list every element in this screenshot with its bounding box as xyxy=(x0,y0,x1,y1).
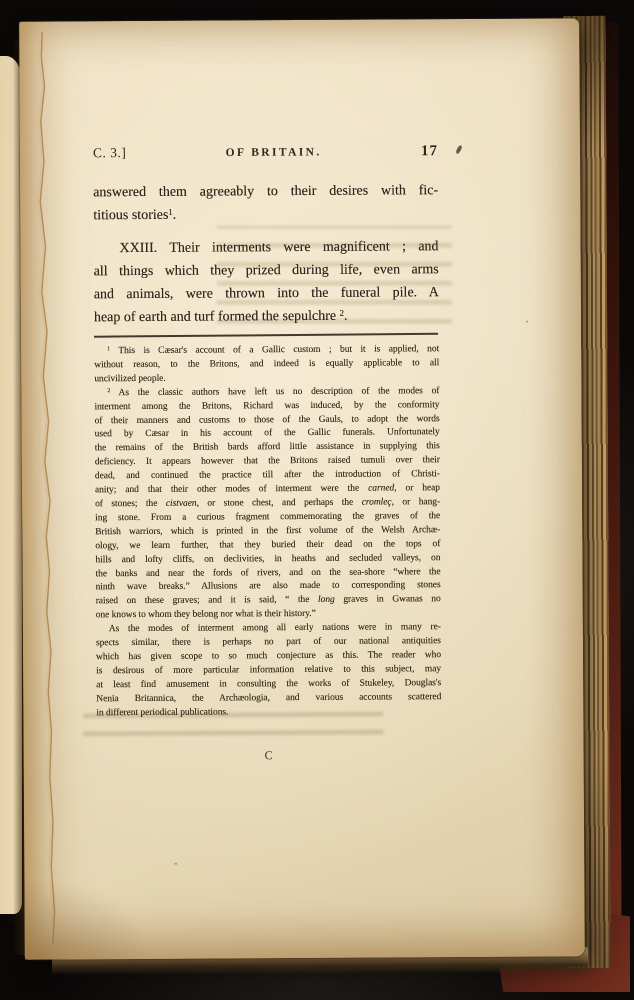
signature-mark: C xyxy=(97,747,442,764)
page: C. 3.] OF BRITAIN. 17 answered them agre… xyxy=(19,18,585,959)
body-paragraph-xxiii: XXIII. Their interments were magnificent… xyxy=(93,235,439,329)
footnote-separator-rule xyxy=(94,333,438,338)
footnote-2: 2 As the classic authors have left us no… xyxy=(94,385,440,624)
footnote-1: 1 This is Cæsar's account of a Gallic cu… xyxy=(94,343,439,387)
footnote-2-continued: As the modes of interment among all earl… xyxy=(96,621,442,720)
footnotes: 1 This is Cæsar's account of a Gallic cu… xyxy=(94,343,441,721)
page-number: 17 xyxy=(421,143,438,160)
body-paragraph-continuation: answered them agreeably to their desires… xyxy=(93,179,438,227)
paper-speck xyxy=(455,145,462,155)
deckle-edge xyxy=(27,31,63,943)
book-photo: C. 3.] OF BRITAIN. 17 answered them agre… xyxy=(0,0,634,1000)
running-title: OF BRITAIN. xyxy=(226,146,322,159)
running-header: C. 3.] OF BRITAIN. 17 xyxy=(93,143,438,162)
paper-speck xyxy=(174,863,177,865)
paper-speck xyxy=(526,321,528,323)
chapter-reference: C. 3.] xyxy=(93,145,126,161)
